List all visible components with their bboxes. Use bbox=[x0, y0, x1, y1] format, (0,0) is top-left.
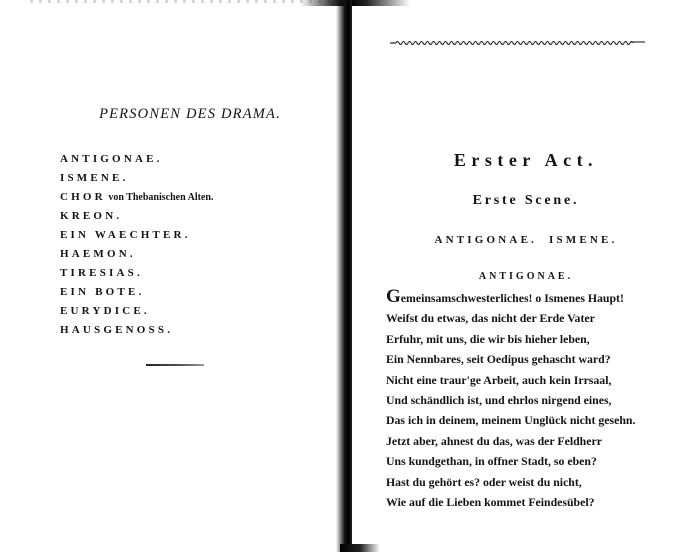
cast-name: EIN BOTE. bbox=[60, 286, 144, 298]
cast-name: KREON. bbox=[60, 210, 122, 222]
speaker-name: ANTIGONAE. bbox=[350, 271, 698, 282]
cast-name: CHOR bbox=[60, 191, 106, 203]
cast-name: TIRESIAS. bbox=[60, 267, 143, 279]
verse-line: Und schändlich ist, und ehrlos nirgend e… bbox=[386, 390, 635, 410]
cast-item: CHOR von Thebanischen Alten. bbox=[60, 188, 213, 207]
verse-line: Ein Nennbares, seit Oedipus gehascht war… bbox=[386, 349, 635, 369]
cast-name: EURYDICE. bbox=[60, 305, 150, 317]
cast-item: HAEMON. bbox=[60, 245, 213, 264]
verse-line: Erfuhr, mit uns, die wir bis hieher lebe… bbox=[386, 329, 635, 349]
cast-item: EIN WAECHTER. bbox=[60, 226, 213, 245]
verse-line: Weifst du etwas, das nicht der Erde Vate… bbox=[386, 308, 635, 328]
scene-title: Erste Scene. bbox=[350, 193, 698, 209]
verse-line: Nicht eine traur'ge Arbeit, auch kein Ir… bbox=[386, 370, 635, 390]
cast-name: ISMENE. bbox=[60, 172, 129, 184]
left-page: PERSONEN DES DRAMA. ANTIGONAE. ISMENE. C… bbox=[0, 0, 340, 552]
right-page: Erster Act. Erste Scene. ANTIGONAE. ISME… bbox=[350, 0, 698, 552]
cast-name: HAUSGENOSS. bbox=[60, 324, 173, 336]
scene-characters: ANTIGONAE. ISMENE. bbox=[350, 234, 698, 246]
cast-name: EIN WAECHTER. bbox=[60, 229, 191, 241]
cast-name: ANTIGONAE. bbox=[60, 153, 163, 165]
act-title: Erster Act. bbox=[350, 150, 698, 171]
verse-text: Gemeinsamschwesterliches! o Ismenes Haup… bbox=[386, 288, 635, 512]
cast-note: von Thebanischen Alten. bbox=[106, 192, 214, 203]
cast-item: EIN BOTE. bbox=[60, 283, 213, 302]
verse-line-text: emeinsamschwesterliches! o Ismenes Haupt… bbox=[401, 291, 624, 305]
verse-line: Hast du gehört es? oder weist du nicht, bbox=[386, 472, 635, 492]
verse-line: Uns kundgethan, in offner Stadt, so eben… bbox=[386, 451, 635, 471]
verse-line: Gemeinsamschwesterliches! o Ismenes Haup… bbox=[386, 288, 635, 308]
verse-line: Jetzt aber, ahnest du das, was der Feldh… bbox=[386, 431, 635, 451]
cast-list: ANTIGONAE. ISMENE. CHOR von Thebanischen… bbox=[60, 150, 213, 340]
wavy-ornament-rule bbox=[390, 38, 645, 46]
cast-item: TIRESIAS. bbox=[60, 264, 213, 283]
verse-line: Das ich in deinem, meinem Unglück nicht … bbox=[386, 410, 635, 430]
page-top-edge bbox=[30, 0, 330, 3]
verse-line: Wie auf die Lieben kommet Feindesübel? bbox=[386, 492, 635, 512]
cast-item: KREON. bbox=[60, 207, 213, 226]
cast-item: ANTIGONAE. bbox=[60, 150, 213, 169]
cast-name: HAEMON. bbox=[60, 248, 136, 260]
drop-cap: G bbox=[386, 286, 401, 307]
cast-item: EURYDICE. bbox=[60, 302, 213, 321]
dramatis-personae-title: PERSONEN DES DRAMA. bbox=[0, 106, 380, 123]
cast-item: ISMENE. bbox=[60, 169, 213, 188]
cast-item: HAUSGENOSS. bbox=[60, 321, 213, 340]
section-rule bbox=[146, 364, 204, 366]
